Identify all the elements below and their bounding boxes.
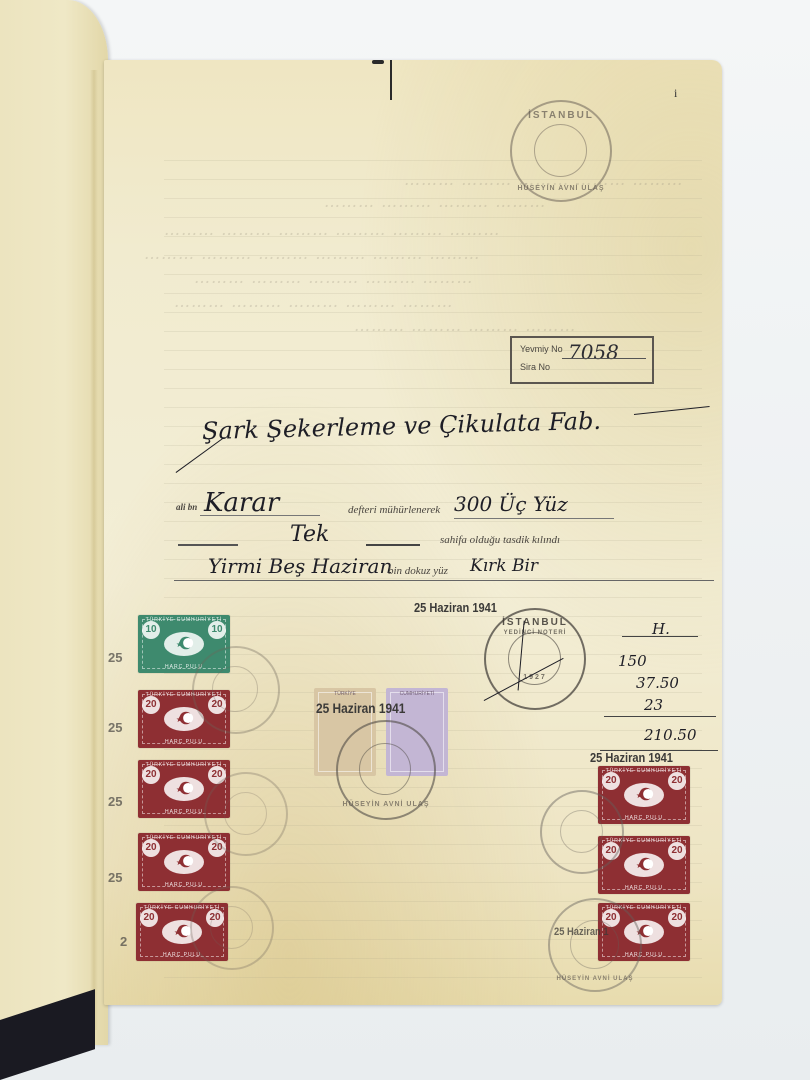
- notary-seal-main: İSTANBUL YEDİNCİ NOTERİ 1927: [484, 608, 586, 710]
- fee-item: 37.50: [636, 674, 679, 692]
- date-stamp: 25 Haziran 1941: [414, 600, 497, 615]
- margin-date: 2: [120, 934, 127, 949]
- seal-left-3: [190, 886, 274, 970]
- line-prefix: ali bn: [176, 502, 197, 512]
- ghost-line: ……… ……… ……… ………: [324, 192, 546, 211]
- document-page: i ……… ……… ……… ……… ……………… ……… ……… ……………… …: [104, 60, 722, 1005]
- ghost-line: ……… ……… ……… ………: [354, 316, 576, 335]
- binding-thread: [390, 60, 392, 100]
- binding-knot: [372, 60, 384, 64]
- page-marker: i: [674, 86, 677, 101]
- center-date-stamp: 25 Haziran 1941: [316, 700, 405, 716]
- registration-number: 7058: [568, 340, 619, 364]
- book-type: Karar: [204, 488, 279, 518]
- margin-date: 25: [108, 794, 122, 809]
- fee-total: 210.50: [644, 726, 697, 744]
- registration-box: Yevmiy No Sira No 7058: [510, 336, 654, 384]
- ghost-line: ……… ……… ……… ……… ……… ………: [144, 244, 480, 263]
- fee-item: 23: [644, 696, 663, 714]
- seal-center: HÜSEYİN AVNİ ULAŞ: [336, 720, 436, 820]
- yevmiye-label: Yevmiy No: [520, 344, 563, 354]
- seal-left-1: [192, 646, 280, 734]
- company-name: Şark Şekerleme ve Çikulata Fab.: [202, 407, 602, 445]
- seal-right-2: HÜSEYİN AVNİ ULAŞ: [548, 898, 642, 992]
- margin-date: 25: [108, 650, 122, 665]
- fee-item: 150: [618, 652, 647, 670]
- date-year-words: Kırk Bir: [470, 556, 538, 576]
- printed-text-3: bin dokuz yüz: [388, 565, 448, 577]
- printed-text-2: sahifa olduğu tasdik kılındı: [440, 534, 560, 546]
- sira-label: Sira No: [520, 362, 550, 372]
- page-count: 300 Üç Yüz: [454, 492, 568, 516]
- date-stamp-right: 25 Haziran 1941: [590, 750, 673, 765]
- notary-seal-top: İSTANBUL HÜSEYİN AVNİ ULAŞ: [510, 100, 612, 202]
- ghost-line: ……… ……… ……… ……… ……… ………: [164, 220, 500, 239]
- seal-date-fragment: 25 Haziran 1: [554, 926, 609, 938]
- margin-date: 25: [108, 870, 122, 885]
- ghost-line: ……… ……… ……… ……… ………: [194, 268, 473, 287]
- left-page: [0, 0, 108, 1045]
- seal-right-1: [540, 790, 624, 874]
- page-count-word: Tek: [290, 522, 329, 547]
- margin-date: 25: [108, 720, 122, 735]
- printed-text-1: defteri mühürlenerek: [348, 504, 440, 516]
- date-day-month: Yirmi Beş Haziran: [208, 554, 392, 578]
- ghost-line: ……… ……… ……… ……… ………: [174, 292, 453, 311]
- seal-left-2: [204, 772, 288, 856]
